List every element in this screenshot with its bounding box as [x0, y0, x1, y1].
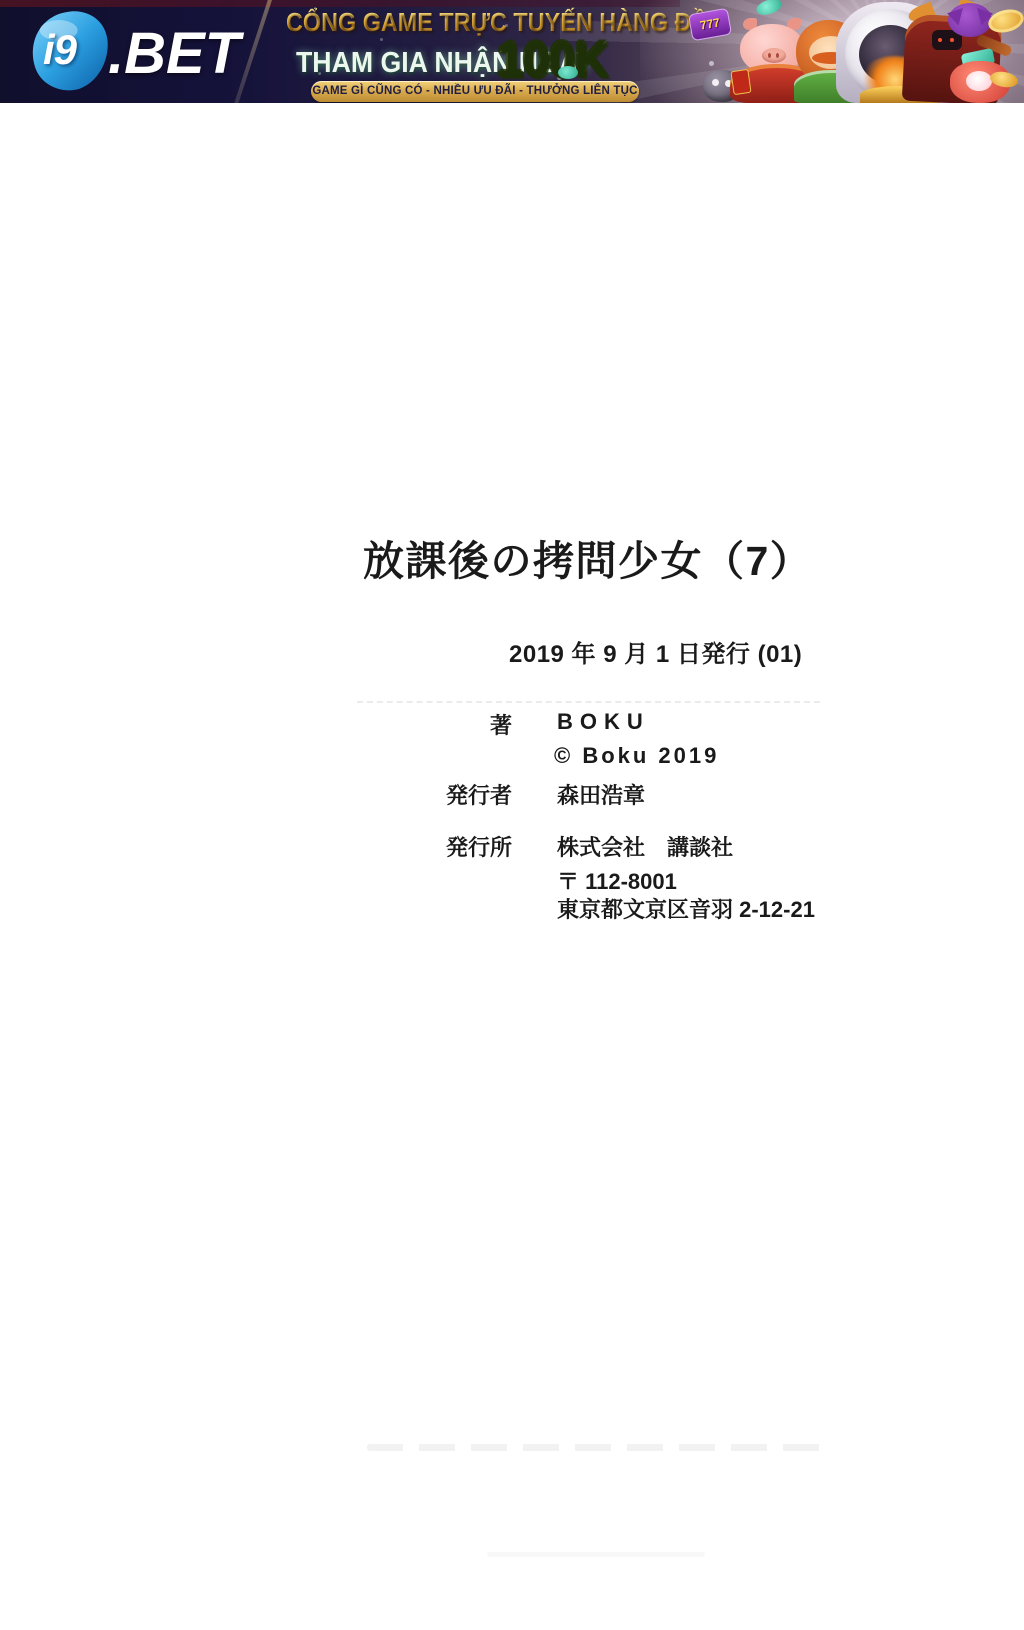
- publishing-house-label: 発行所: [430, 831, 512, 862]
- author-name: BOKU: [557, 709, 650, 735]
- ghost-text-remnant: [487, 1552, 705, 1557]
- bat-character: [948, 3, 992, 37]
- issue-date-line: 2019 年 9 月 1 日発行 (01): [509, 634, 802, 669]
- publisher-name: 森田浩章: [557, 779, 645, 810]
- publishing-house-name: 株式会社 講談社: [557, 831, 733, 862]
- colophon-page: 放課後の拷問少女（7） 2019 年 9 月 1 日発行 (01) 著 BOKU…: [0, 103, 1024, 1630]
- teal-chip-icon: [558, 66, 578, 79]
- copyright-line: © Boku 2019: [554, 743, 719, 769]
- book-title: 放課後の拷問少女（7）: [363, 528, 812, 587]
- pig-character: [762, 48, 786, 63]
- casino-characters-illustration: 777: [560, 0, 1024, 103]
- red-envelope-icon: [730, 69, 751, 95]
- logo-i9-text: i9: [43, 26, 76, 74]
- logo-bet-text: .BET: [108, 20, 240, 87]
- author-label: 著: [430, 709, 512, 740]
- i9bet-ad-banner[interactable]: i9 .BET CỔNG GAME TRỰC TUYẾN HÀNG ĐẦU TH…: [0, 0, 1024, 103]
- postal-code-line: 〒 112-8001: [557, 865, 677, 896]
- slot-777-icon: 777: [688, 8, 732, 42]
- publisher-label: 発行者: [430, 779, 512, 810]
- ghost-divider: [357, 701, 820, 703]
- teal-chip-icon: [754, 0, 783, 18]
- address-line: 東京都文京区音羽 2-12-21: [557, 893, 815, 924]
- ghost-text-remnant: [367, 1444, 822, 1451]
- i9bet-logo[interactable]: i9 .BET: [0, 0, 262, 103]
